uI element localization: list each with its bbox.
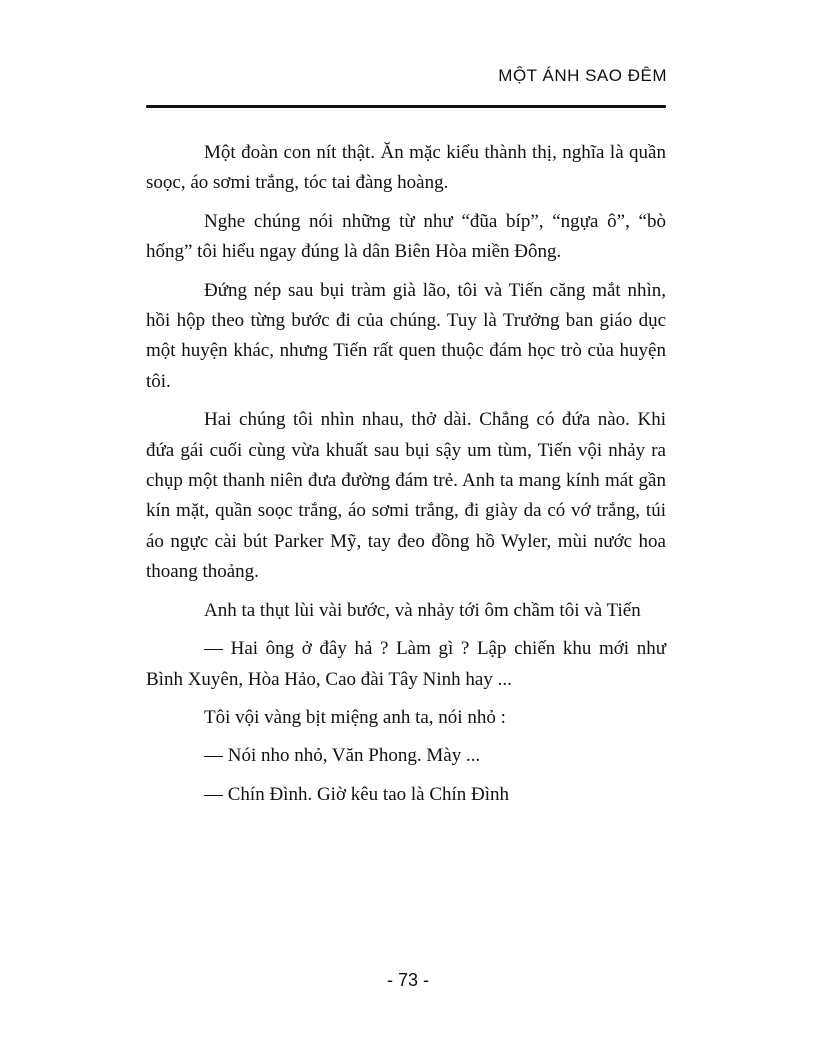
dialogue-paragraph: — Hai ông ở đây hả ? Làm gì ? Lập chiến …: [146, 634, 666, 695]
paragraph: Đứng nép sau bụi tràm già lão, tôi và Ti…: [146, 276, 666, 398]
page-number: - 73 -: [0, 970, 816, 991]
paragraph: Tôi vội vàng bịt miệng anh ta, nói nhỏ :: [146, 703, 666, 733]
page-body: Một đoàn con nít thật. Ăn mặc kiểu thành…: [146, 138, 666, 818]
dialogue-paragraph: — Chín Đình. Giờ kêu tao là Chín Đình: [146, 780, 666, 810]
running-title: MỘT ÁNH SAO ĐÊM: [498, 66, 667, 86]
paragraph: Anh ta thụt lùi vài bước, và nhảy tới ôm…: [146, 596, 666, 626]
paragraph: Một đoàn con nít thật. Ăn mặc kiểu thành…: [146, 138, 666, 199]
dialogue-paragraph: — Nói nho nhỏ, Văn Phong. Mày ...: [146, 741, 666, 771]
paragraph: Hai chúng tôi nhìn nhau, thở dài. Chẳng …: [146, 405, 666, 587]
paragraph: Nghe chúng nói những từ như “đũa bíp”, “…: [146, 207, 666, 268]
header-rule: [146, 105, 666, 108]
